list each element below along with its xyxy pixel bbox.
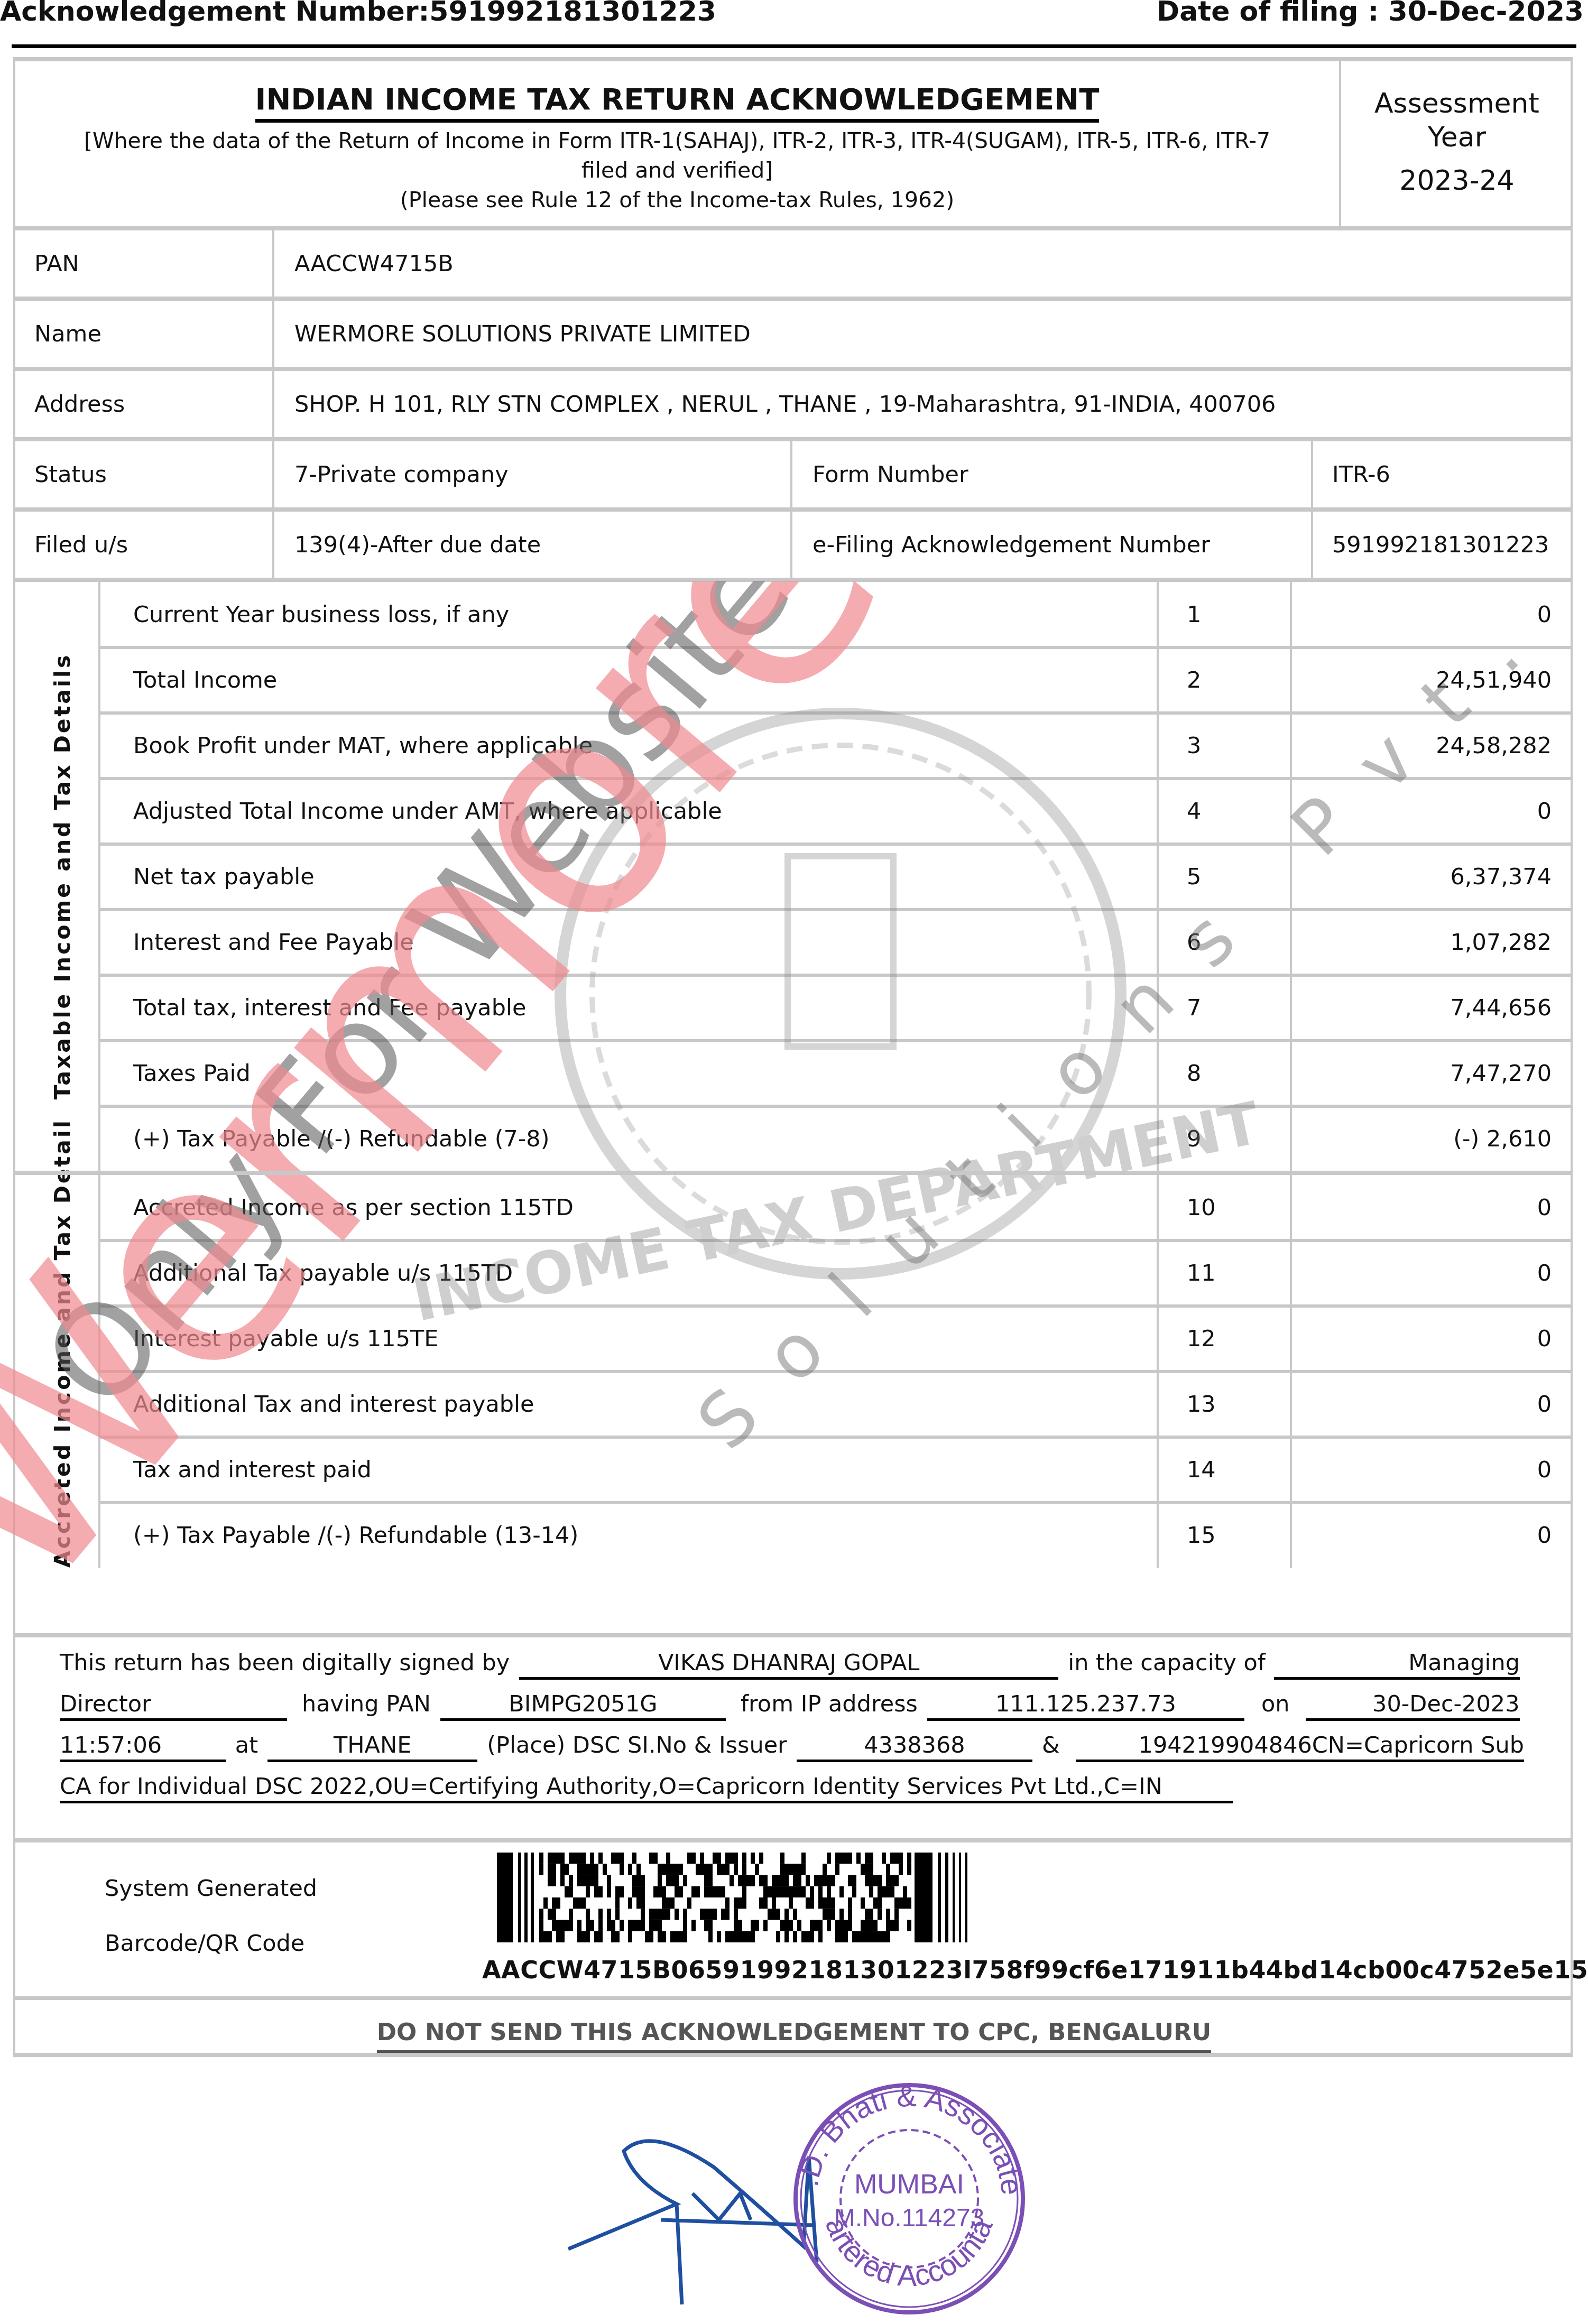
divider [1157, 1175, 1159, 1240]
divider [13, 297, 1573, 301]
document-title: INDIAN INCOME TAX RETURN ACKNOWLEDGEMENT [13, 82, 1341, 117]
address-value: SHOP. H 101, RLY STN COMPLEX , NERUL , T… [294, 371, 1276, 437]
date-of-filing: Date of filing : 30-Dec-2023 [1157, 0, 1584, 27]
divider [13, 226, 1573, 230]
divider [1157, 975, 1159, 1041]
row-label: Interest and Fee Payable [133, 910, 414, 975]
ip-address: 111.125.237.73 [927, 1691, 1244, 1721]
header-subtitle: [Where the data of the Return of Income … [13, 126, 1341, 215]
row-number: 4 [1187, 779, 1201, 844]
divider [1157, 1437, 1159, 1503]
row-number: 6 [1187, 910, 1201, 975]
ca-stamp-icon: G.D. Bhati & Associates Chartered Accoun… [529, 2061, 1029, 2312]
dsc-issuer: 194219904846CN=Capricorn Sub [1076, 1732, 1524, 1762]
divider [98, 582, 100, 1172]
divider [1290, 713, 1292, 779]
table-row: (+) Tax Payable /(-) Refundable (13-14)1… [100, 1503, 1573, 1568]
divider [13, 578, 1573, 582]
table-row: Adjusted Total Income under AMT, where a… [100, 779, 1573, 844]
table-row: Additional Tax and interest payable130 [100, 1372, 1573, 1437]
status-row: Status 7-Private company Form Number ITR… [13, 441, 1573, 507]
divider [1290, 1175, 1292, 1240]
divider [272, 371, 274, 437]
row-label: Total tax, interest and Fee payable [133, 975, 526, 1041]
divider [1290, 844, 1292, 910]
signer-pan: BIMPG2051G [440, 1691, 726, 1721]
top-divider [12, 44, 1576, 48]
divider [1157, 1041, 1159, 1106]
signing-place: THANE [267, 1732, 477, 1762]
row-label: Adjusted Total Income under AMT, where a… [133, 779, 722, 844]
divider [1157, 1503, 1159, 1568]
assessment-year-value: 2023-24 [1341, 165, 1573, 197]
row-label: (+) Tax Payable /(-) Refundable (13-14) [133, 1503, 578, 1568]
static-text: on [1261, 1691, 1290, 1721]
divider [13, 507, 1573, 512]
divider [1157, 779, 1159, 844]
divider [272, 301, 274, 367]
divider [1290, 1437, 1292, 1503]
divider [13, 2053, 1573, 2057]
divider [1157, 647, 1159, 713]
header: INDIAN INCOME TAX RETURN ACKNOWLEDGEMENT… [13, 57, 1573, 227]
divider [1157, 1306, 1159, 1372]
divider [1157, 1106, 1159, 1172]
signer-capacity-cont: Director [60, 1691, 287, 1721]
row-number: 8 [1187, 1041, 1201, 1106]
divider [1157, 910, 1159, 975]
row-number: 2 [1187, 647, 1201, 713]
divider [1290, 1041, 1292, 1106]
title-text: INDIAN INCOME TAX RETURN ACKNOWLEDGEMENT [255, 82, 1100, 123]
divider [1290, 975, 1292, 1041]
row-value: 0 [1537, 1437, 1552, 1503]
row-label: Net tax payable [133, 844, 315, 910]
row-value: 7,47,270 [1451, 1041, 1552, 1106]
divider [272, 230, 274, 297]
row-value: 0 [1537, 1175, 1552, 1240]
divider [1290, 779, 1292, 844]
efiling-ack-value: 591992181301223 [1332, 512, 1549, 578]
ca-stamp-and-signature: G.D. Bhati & Associates Chartered Accoun… [529, 2061, 1057, 2324]
table-row: (+) Tax Payable /(-) Refundable (7-8)9(-… [100, 1106, 1573, 1172]
name-label: Name [34, 301, 101, 367]
divider [13, 1633, 1573, 1637]
divider [1290, 910, 1292, 975]
filed-us-row: Filed u/s 139(4)-After due date e-Filing… [13, 512, 1573, 578]
form-number-label: Form Number [813, 441, 968, 507]
divider [13, 1171, 1573, 1175]
static-text: at [235, 1732, 258, 1762]
row-number: 15 [1187, 1503, 1216, 1568]
divider [1157, 844, 1159, 910]
static-text: This return has been digitally signed by [60, 1650, 510, 1680]
row-value: 24,51,940 [1436, 647, 1552, 713]
table-row: Total tax, interest and Fee payable77,44… [100, 975, 1573, 1041]
row-label: Total Income [133, 647, 277, 713]
signer-name: VIKAS DHANRAJ GOPAL [519, 1650, 1058, 1680]
divider [1290, 1503, 1292, 1568]
divider [1311, 512, 1313, 578]
filed-us-label: Filed u/s [34, 512, 128, 578]
subtitle-line: [Where the data of the Return of Income … [13, 126, 1341, 155]
row-number: 14 [1187, 1437, 1216, 1503]
row-value: 24,58,282 [1436, 713, 1552, 779]
divider [1290, 647, 1292, 713]
divider [1290, 1240, 1292, 1306]
row-value: 0 [1537, 1240, 1552, 1306]
barcode-label: System Generated [105, 1875, 317, 1902]
divider [1290, 1372, 1292, 1437]
signer-capacity: Managing [1274, 1650, 1520, 1680]
divider [790, 512, 792, 578]
row-label: Accreted Income as per section 115TD [133, 1175, 574, 1240]
row-value: 0 [1537, 1306, 1552, 1372]
divider [13, 437, 1573, 441]
divider [790, 441, 792, 507]
row-value: 0 [1537, 582, 1552, 647]
name-value: WERMORE SOLUTIONS PRIVATE LIMITED [294, 301, 751, 367]
table-row: Book Profit under MAT, where applicable3… [100, 713, 1573, 779]
pdf417-barcode [497, 1853, 973, 1942]
static-text: from IP address [741, 1691, 918, 1721]
row-value: 0 [1537, 779, 1552, 844]
digital-signature-statement: This return has been digitally signed by… [60, 1638, 1524, 1829]
barcode-hash-text: AACCW4715B06591992181301223l758f99cf6e17… [482, 1956, 1588, 1984]
divider [1290, 1106, 1292, 1172]
dsc-issuer-cont: CA for Individual DSC 2022,OU=Certifying… [60, 1773, 1233, 1803]
static-text: having PAN [302, 1691, 431, 1721]
row-value: 7,44,656 [1451, 975, 1552, 1041]
divider [272, 441, 274, 507]
table-row: Tax and interest paid140 [100, 1437, 1573, 1503]
pan-label: PAN [34, 230, 79, 297]
filed-us-value: 139(4)-After due date [294, 512, 541, 578]
table-row: Taxes Paid87,47,270 [100, 1041, 1573, 1106]
divider [1311, 441, 1313, 507]
notice-text: DO NOT SEND THIS ACKNOWLEDGEMENT TO CPC,… [377, 2018, 1212, 2055]
row-label: Additional Tax payable u/s 115TD [133, 1240, 513, 1306]
handwritten-signature [568, 2141, 817, 2304]
subtitle-line: filed and verified] [13, 155, 1341, 185]
row-number: 9 [1187, 1106, 1201, 1172]
static-text: (Place) DSC SI.No & Issuer [487, 1732, 787, 1762]
divider [1157, 713, 1159, 779]
divider [1290, 1306, 1292, 1372]
row-value: (-) 2,610 [1453, 1106, 1552, 1172]
row-number: 12 [1187, 1306, 1216, 1372]
divider [98, 1175, 100, 1568]
static-text: in the capacity of [1068, 1650, 1266, 1680]
row-label: Taxes Paid [133, 1041, 251, 1106]
address-label: Address [34, 371, 125, 437]
efiling-ack-label: e-Filing Acknowledgement Number [813, 512, 1210, 578]
acknowledgement-number: Acknowledgement Number:591992181301223 [0, 0, 716, 27]
row-value: 6,37,374 [1451, 844, 1552, 910]
taxable-section-label: Taxable Income and Tax Details [50, 581, 75, 1171]
pan-row: PAN AACCW4715B [13, 230, 1573, 297]
assessment-year-label: Assessment Year [1341, 87, 1573, 154]
divider [272, 512, 274, 578]
row-value: 1,07,282 [1451, 910, 1552, 975]
table-row: Total Income224,51,940 [100, 647, 1573, 713]
row-value: 0 [1537, 1503, 1552, 1568]
label: Year [1341, 121, 1573, 154]
table-row: Interest and Fee Payable61,07,282 [100, 910, 1573, 975]
svg-text:MUMBAI: MUMBAI [854, 2169, 964, 2200]
row-number: 11 [1187, 1240, 1216, 1306]
row-number: 1 [1187, 582, 1201, 647]
divider [13, 1996, 1573, 2000]
static-text: & [1042, 1732, 1060, 1762]
signing-time: 11:57:06 [60, 1732, 226, 1762]
label: Assessment [1341, 87, 1573, 121]
svg-text:M.No.114273: M.No.114273 [834, 2204, 985, 2232]
divider [1157, 1240, 1159, 1306]
row-number: 5 [1187, 844, 1201, 910]
barcode-label: Barcode/QR Code [105, 1930, 304, 1957]
signing-date: 30-Dec-2023 [1306, 1691, 1520, 1721]
row-number: 10 [1187, 1175, 1216, 1240]
do-not-send-notice: DO NOT SEND THIS ACKNOWLEDGEMENT TO CPC,… [0, 2018, 1588, 2046]
row-label: Current Year business loss, if any [133, 582, 509, 647]
row-number: 3 [1187, 713, 1201, 779]
pan-value: AACCW4715B [294, 230, 454, 297]
table-row: Accreted Income as per section 115TD100 [100, 1175, 1573, 1240]
divider [1157, 582, 1159, 647]
accreted-section-label: Accreted Income and Tax Detail [50, 1174, 75, 1568]
row-label: Tax and interest paid [133, 1437, 372, 1503]
table-row: Current Year business loss, if any10 [100, 582, 1573, 647]
table-row: Net tax payable56,37,374 [100, 844, 1573, 910]
address-row: Address SHOP. H 101, RLY STN COMPLEX , N… [13, 371, 1573, 437]
row-label: Additional Tax and interest payable [133, 1372, 534, 1437]
name-row: Name WERMORE SOLUTIONS PRIVATE LIMITED [13, 301, 1573, 367]
status-label: Status [34, 441, 107, 507]
row-value: 0 [1537, 1372, 1552, 1437]
form-number-value: ITR-6 [1332, 441, 1390, 507]
table-row: Interest payable u/s 115TE120 [100, 1306, 1573, 1372]
dsc-serial-number: 4338368 [797, 1732, 1032, 1762]
subtitle-line: (Please see Rule 12 of the Income-tax Ru… [13, 185, 1341, 215]
divider [13, 367, 1573, 371]
table-row: Additional Tax payable u/s 115TD110 [100, 1240, 1573, 1306]
row-number: 13 [1187, 1372, 1216, 1437]
row-label: (+) Tax Payable /(-) Refundable (7-8) [133, 1106, 549, 1172]
divider [1157, 1372, 1159, 1437]
row-label: Book Profit under MAT, where applicable [133, 713, 593, 779]
row-label: Interest payable u/s 115TE [133, 1306, 439, 1372]
divider [13, 1838, 1573, 1842]
divider [1290, 582, 1292, 647]
row-number: 7 [1187, 975, 1201, 1041]
status-value: 7-Private company [294, 441, 509, 507]
